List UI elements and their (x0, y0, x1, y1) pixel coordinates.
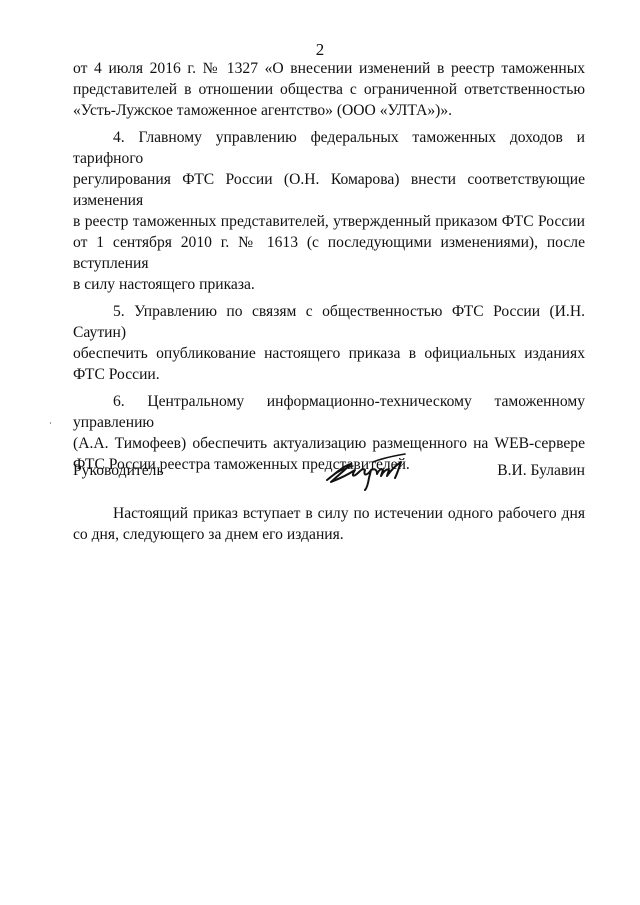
handwritten-signature-icon (321, 448, 421, 492)
text-line: 4. Главному управлению федеральных тамож… (73, 127, 585, 169)
page-number: 2 (0, 40, 640, 60)
text-line: ФТС России. (73, 364, 585, 385)
text-line: от 4 июля 2016 г. № 1327 «О внесении изм… (73, 58, 585, 79)
paragraph-item-5: 5. Управлению по связям с общественность… (73, 301, 585, 385)
text-line: 6. Центральному информационно-техническо… (73, 391, 585, 433)
text-line: представителей в отношении общества с ог… (73, 79, 585, 100)
text-line: обеспечить опубликование настоящего прик… (73, 343, 585, 364)
text-line: со дня, следующего за днем его издания. (73, 524, 585, 545)
paragraph-effective-date: Настоящий приказ вступает в силу по исте… (73, 503, 585, 545)
scan-speck (50, 422, 51, 424)
text-line: в реестр таможенных представителей, утве… (73, 211, 585, 232)
paragraph-item-4: 4. Главному управлению федеральных тамож… (73, 127, 585, 295)
paragraph-continuation: от 4 июля 2016 г. № 1327 «О внесении изм… (73, 58, 585, 121)
text-line: регулирования ФТС России (О.Н. Комарова)… (73, 169, 585, 211)
text-line: от 1 сентября 2010 г. № 1613 (с последую… (73, 232, 585, 274)
text-line: Настоящий приказ вступает в силу по исте… (73, 503, 585, 524)
text-line: 5. Управлению по связям с общественность… (73, 301, 585, 343)
text-line: в силу настоящего приказа. (73, 274, 585, 295)
signatory-title: Руководитель (73, 462, 164, 480)
text-line: «Усть-Лужское таможенное агентство» (ООО… (73, 100, 585, 121)
signature-block: Руководитель В.И. Булавин (73, 462, 585, 502)
signatory-name: В.И. Булавин (497, 462, 585, 480)
